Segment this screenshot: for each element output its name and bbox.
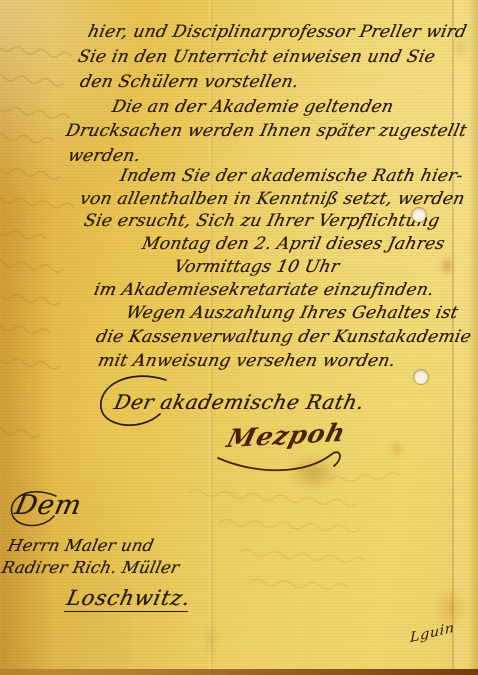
letter-line: im Akademiesekretariate einzufinden.	[92, 280, 436, 300]
letter-line: von allenthalben in Kenntniß setzt, werd…	[78, 189, 467, 209]
letter-line: die Kassenverwaltung der Kunstakademie	[94, 327, 473, 347]
letter-line: Drucksachen werden Ihnen später zugestel…	[64, 121, 469, 141]
letter-line: werden.	[66, 146, 142, 166]
letter-page: hier, und Disciplinarprofessor Preller w…	[0, 0, 478, 675]
letter-line: Wegen Auszahlung Ihres Gehaltes ist	[124, 303, 460, 323]
letter-line: Vormittags 10 Uhr	[172, 257, 341, 277]
letter-line: Die an der Akademie geltenden	[110, 97, 395, 117]
registrar-paraph: Lguin	[410, 620, 455, 646]
closing-line: Der akademische Rath.	[112, 390, 367, 414]
letter-line: Montag den 2. April dieses Jahres	[140, 234, 447, 254]
foxing-spot	[440, 256, 454, 276]
letter-line: den Schülern vorstellen.	[78, 72, 301, 92]
letter-line: Sie ersucht, Sich zu Ihrer Verpflichtung	[82, 211, 441, 231]
letter-line: mit Anweisung versehen worden.	[96, 351, 397, 371]
letter-line: hier, und Disciplinarprofessor Preller w…	[86, 22, 468, 42]
letter-line: Indem Sie der akademische Rath hier-	[118, 166, 465, 186]
address-place: Loschwitz.	[64, 586, 193, 612]
punch-hole	[414, 370, 428, 384]
punch-hole	[412, 208, 426, 222]
address-line: Radirer Rich. Müller	[0, 558, 181, 577]
bottom-scan-edge	[0, 669, 478, 675]
letter-line: Sie in den Unterricht einweisen und Sie	[76, 47, 437, 67]
signature-swash	[214, 444, 354, 478]
foxing-spot	[390, 442, 404, 456]
address-line: Herrn Maler und	[6, 536, 156, 555]
salutation-flourish	[6, 486, 66, 536]
foxing-spot	[206, 620, 216, 660]
